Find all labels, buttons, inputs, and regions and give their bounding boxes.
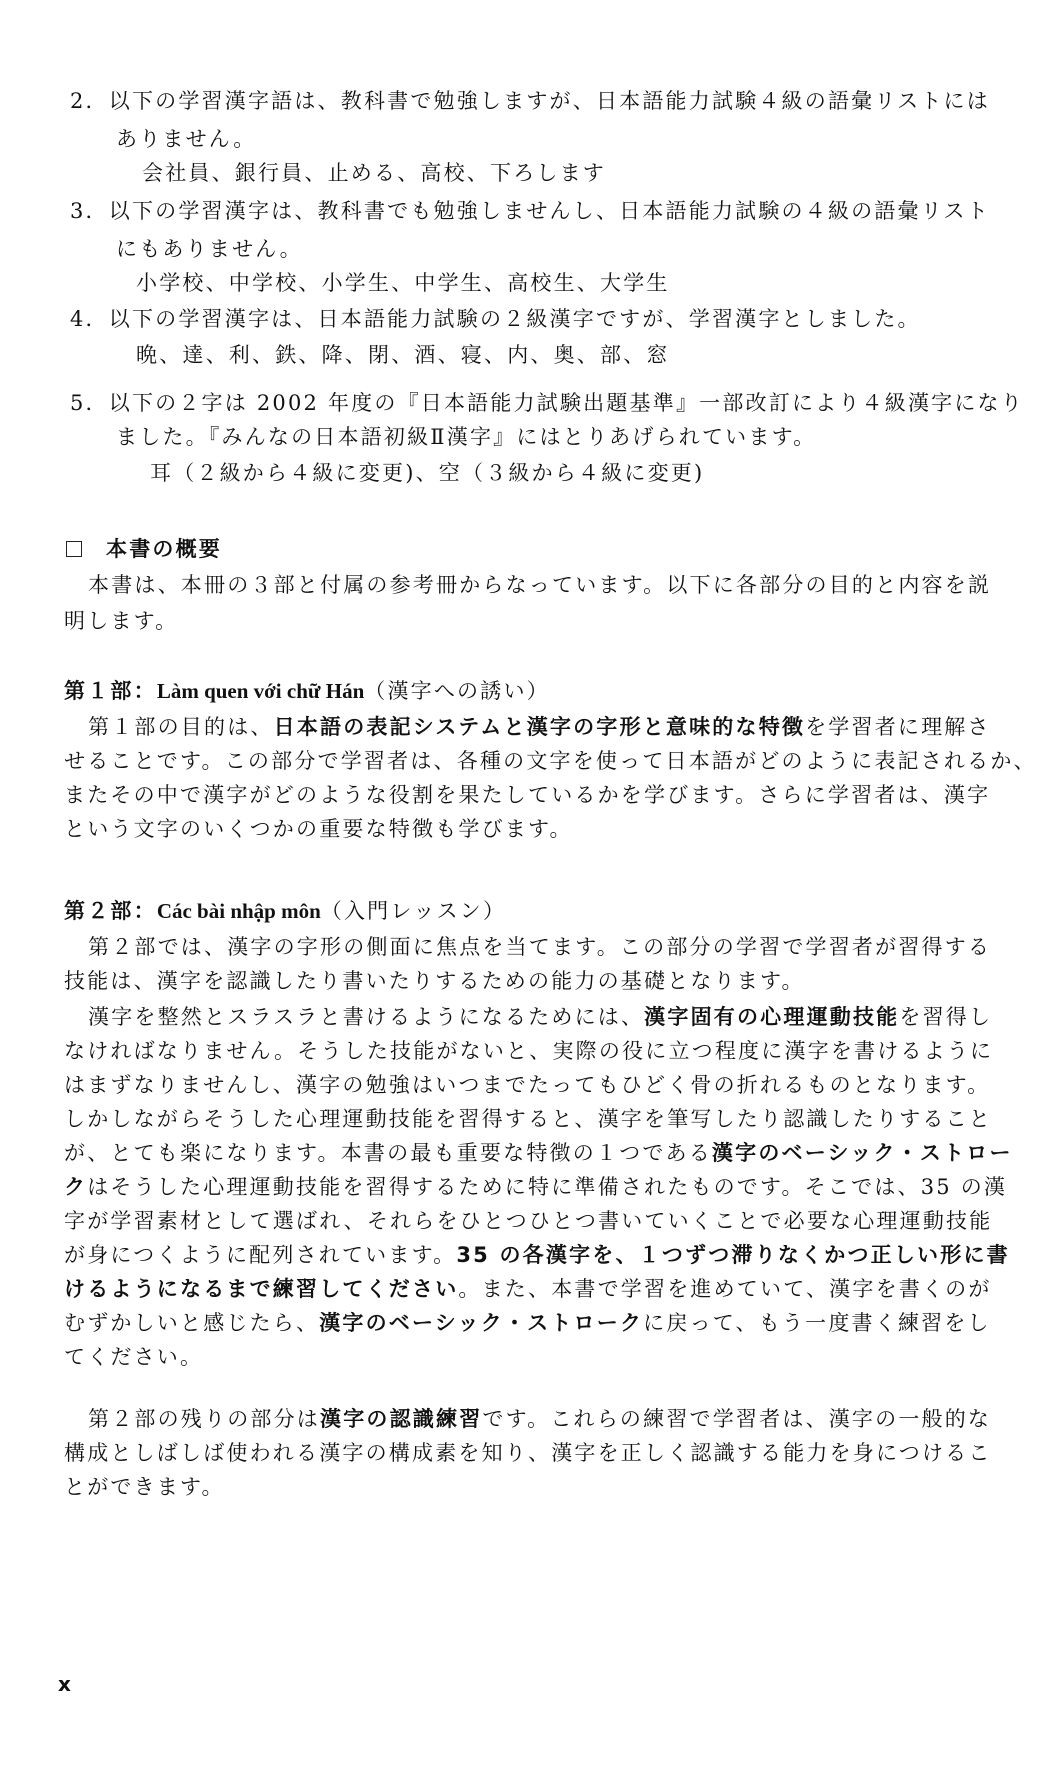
- part-1-paragraph-line-1: 第１部の目的は、日本語の表記システムと漢字の字形と意味的な特徴を学習者に理解さ: [88, 712, 991, 742]
- part-2-prefix: 第２部：: [64, 899, 157, 923]
- part-2-p3-line-2: 構成としばしば使われる漢字の構成素を知り、漢字を正しく認識する能力を身につけるこ: [64, 1438, 992, 1468]
- part-1-paragraph-line-3: またその中で漢字がどのような役割を果たしているかを学びます。さらに学習者は、漢字: [64, 780, 990, 810]
- square-bullet-icon: [66, 541, 82, 557]
- list-item-4-line-1: 4．以下の学習漢字は、日本語能力試験の２級漢字ですが、学習漢字としました。: [70, 304, 921, 334]
- emphasis-text: ク: [64, 1175, 87, 1199]
- text-run: 第２部の残りの部分は: [88, 1407, 320, 1431]
- list-item-5-line-2: ました。『みんなの日本語初級Ⅱ漢字』にはとりあげられています。: [116, 422, 816, 452]
- emphasis-text: 漢字のベーシック・ストローク: [319, 1311, 643, 1335]
- list-item-4-examples: 晩、達、利、鉄、降、閉、酒、寝、内、奥、部、窓: [136, 340, 670, 370]
- part-2-p1-line-1: 第２部では、漢字の字形の側面に焦点を当てます。この部分の学習で学習者が習得する: [88, 932, 991, 962]
- part-1-paragraph-line-2: せることです。この部分で学習者は、各種の文字を使って日本語がどのように表記される…: [64, 746, 1037, 776]
- list-item-3-examples: 小学校、中学校、小学生、中学生、高校生、大学生: [136, 268, 670, 298]
- text-run: むずかしいと感じたら、: [64, 1311, 319, 1335]
- part-2-japanese-title: （入門レッスン）: [321, 899, 506, 923]
- list-item-5-examples: 耳（２級から４級に変更)、空（３級から４級に変更): [150, 458, 704, 488]
- part-2-p2-line-9: けるようになるまで練習してください。また、本書で学習を進めていて、漢字を書くのが: [64, 1274, 992, 1304]
- text-run: はそうした心理運動技能を習得するために特に準備されたものです。そこでは、35 の…: [87, 1175, 1007, 1199]
- text-run: 漢字を整然とスラスラと書けるようになるためには、: [88, 1005, 644, 1029]
- part-1-japanese-title: （漢字への誘い）: [364, 679, 550, 703]
- overview-line-1: 本書は、本冊の３部と付属の参考冊からなっています。以下に各部分の目的と内容を説: [88, 570, 991, 600]
- page-number: x: [58, 1672, 71, 1696]
- text-run: に戻って、もう一度書く練習をし: [643, 1311, 991, 1335]
- part-2-p3-line-3: とができます。: [64, 1472, 225, 1502]
- emphasis-text: 35 の各漢字を、１つずつ滞りなくかつ正しい形に書: [456, 1243, 1010, 1267]
- emphasis-text: けるようになるまで練習してください: [64, 1277, 458, 1301]
- part-2-p2-line-3: はまずなりませんし、漢字の勉強はいつまでたってもひどく骨の折れるものとなります。: [64, 1070, 990, 1100]
- part-1-heading: 第１部：Làm quen với chữ Hán（漢字への誘い）: [64, 676, 550, 706]
- section-heading-overview: 本書の概要: [66, 534, 222, 564]
- part-2-p2-line-6: クはそうした心理運動技能を習得するために特に準備されたものです。そこでは、35 …: [64, 1172, 1007, 1202]
- part-2-heading: 第２部：Các bài nhập môn（入門レッスン）: [64, 896, 506, 926]
- overview-line-2: 明します。: [64, 606, 178, 636]
- text-run: が、とても楽になります。本書の最も重要な特徴の１つである: [64, 1141, 712, 1165]
- overview-title: 本書の概要: [106, 537, 222, 561]
- text-run: を習得し: [899, 1005, 992, 1029]
- list-item-3-line-2: にもありません。: [116, 234, 303, 264]
- list-item-2-line-1: 2．以下の学習漢字語は、教科書で勉強しますが、日本語能力試験４級の語彙リストには: [70, 86, 990, 116]
- list-item-3-line-1: 3．以下の学習漢字は、教科書でも勉強しませんし、日本語能力試験の４級の語彙リスト: [70, 196, 990, 226]
- list-item-2-examples: 会社員、銀行員、止める、高校、下ろします: [142, 158, 606, 188]
- part-2-p2-line-4: しかしながらそうした心理運動技能を習得すると、漢字を筆写したり認識したりすること: [64, 1104, 992, 1134]
- part-1-prefix: 第１部：: [64, 679, 157, 703]
- part-2-p2-line-1: 漢字を整然とスラスラと書けるようになるためには、漢字固有の心理運動技能を習得し: [88, 1002, 992, 1032]
- part-2-p1-line-2: 技能は、漢字を認識したり書いたりするための能力の基礎となります。: [64, 966, 805, 996]
- part-2-p2-line-5: が、とても楽になります。本書の最も重要な特徴の１つである漢字のベーシック・ストロ…: [64, 1138, 1013, 1168]
- emphasis-text: 漢字固有の心理運動技能: [644, 1005, 899, 1029]
- part-2-p2-line-11: てください。: [64, 1342, 203, 1372]
- text-run: を学習者に理解さ: [805, 715, 991, 739]
- text-run: 。また、本書で学習を進めていて、漢字を書くのが: [458, 1277, 991, 1301]
- part-1-vietnamese-title: Làm quen với chữ Hán: [157, 679, 364, 703]
- list-item-5-line-1: 5．以下の２字は 2002 年度の『日本語能力試験出題基準』一部改訂により４級漢…: [70, 388, 1024, 418]
- text-run: 第１部の目的は、: [88, 715, 274, 739]
- text-run: が身につくように配列されています。: [64, 1243, 456, 1267]
- part-2-p2-line-2: なければなりません。そうした技能がないと、実際の役に立つ程度に漢字を書けるように: [64, 1036, 993, 1066]
- list-item-2-line-2: ありません。: [116, 124, 256, 154]
- part-1-paragraph-line-4: という文字のいくつかの重要な特徴も学びます。: [64, 814, 573, 844]
- emphasis-text: 日本語の表記システムと漢字の字形と意味的な特徴: [274, 715, 806, 739]
- document-page: 2．以下の学習漢字語は、教科書で勉強しますが、日本語能力試験４級の語彙リストには…: [0, 0, 1056, 1792]
- emphasis-text: 漢字のベーシック・ストロー: [712, 1141, 1013, 1165]
- part-2-p2-line-8: が身につくように配列されています。35 の各漢字を、１つずつ滞りなくかつ正しい形…: [64, 1240, 1010, 1270]
- part-2-p3-line-1: 第２部の残りの部分は漢字の認識練習です。これらの練習で学習者は、漢字の一般的な: [88, 1404, 991, 1434]
- part-2-p2-line-10: むずかしいと感じたら、漢字のベーシック・ストロークに戻って、もう一度書く練習をし: [64, 1308, 991, 1338]
- part-2-vietnamese-title: Các bài nhập môn: [157, 899, 321, 923]
- part-2-p2-line-7: 字が学習素材として選ばれ、それらをひとつひとつ書いていくことで必要な心理運動技能: [64, 1206, 992, 1236]
- emphasis-text: 漢字の認識練習: [320, 1407, 482, 1431]
- text-run: です。これらの練習で学習者は、漢字の一般的な: [482, 1407, 991, 1431]
